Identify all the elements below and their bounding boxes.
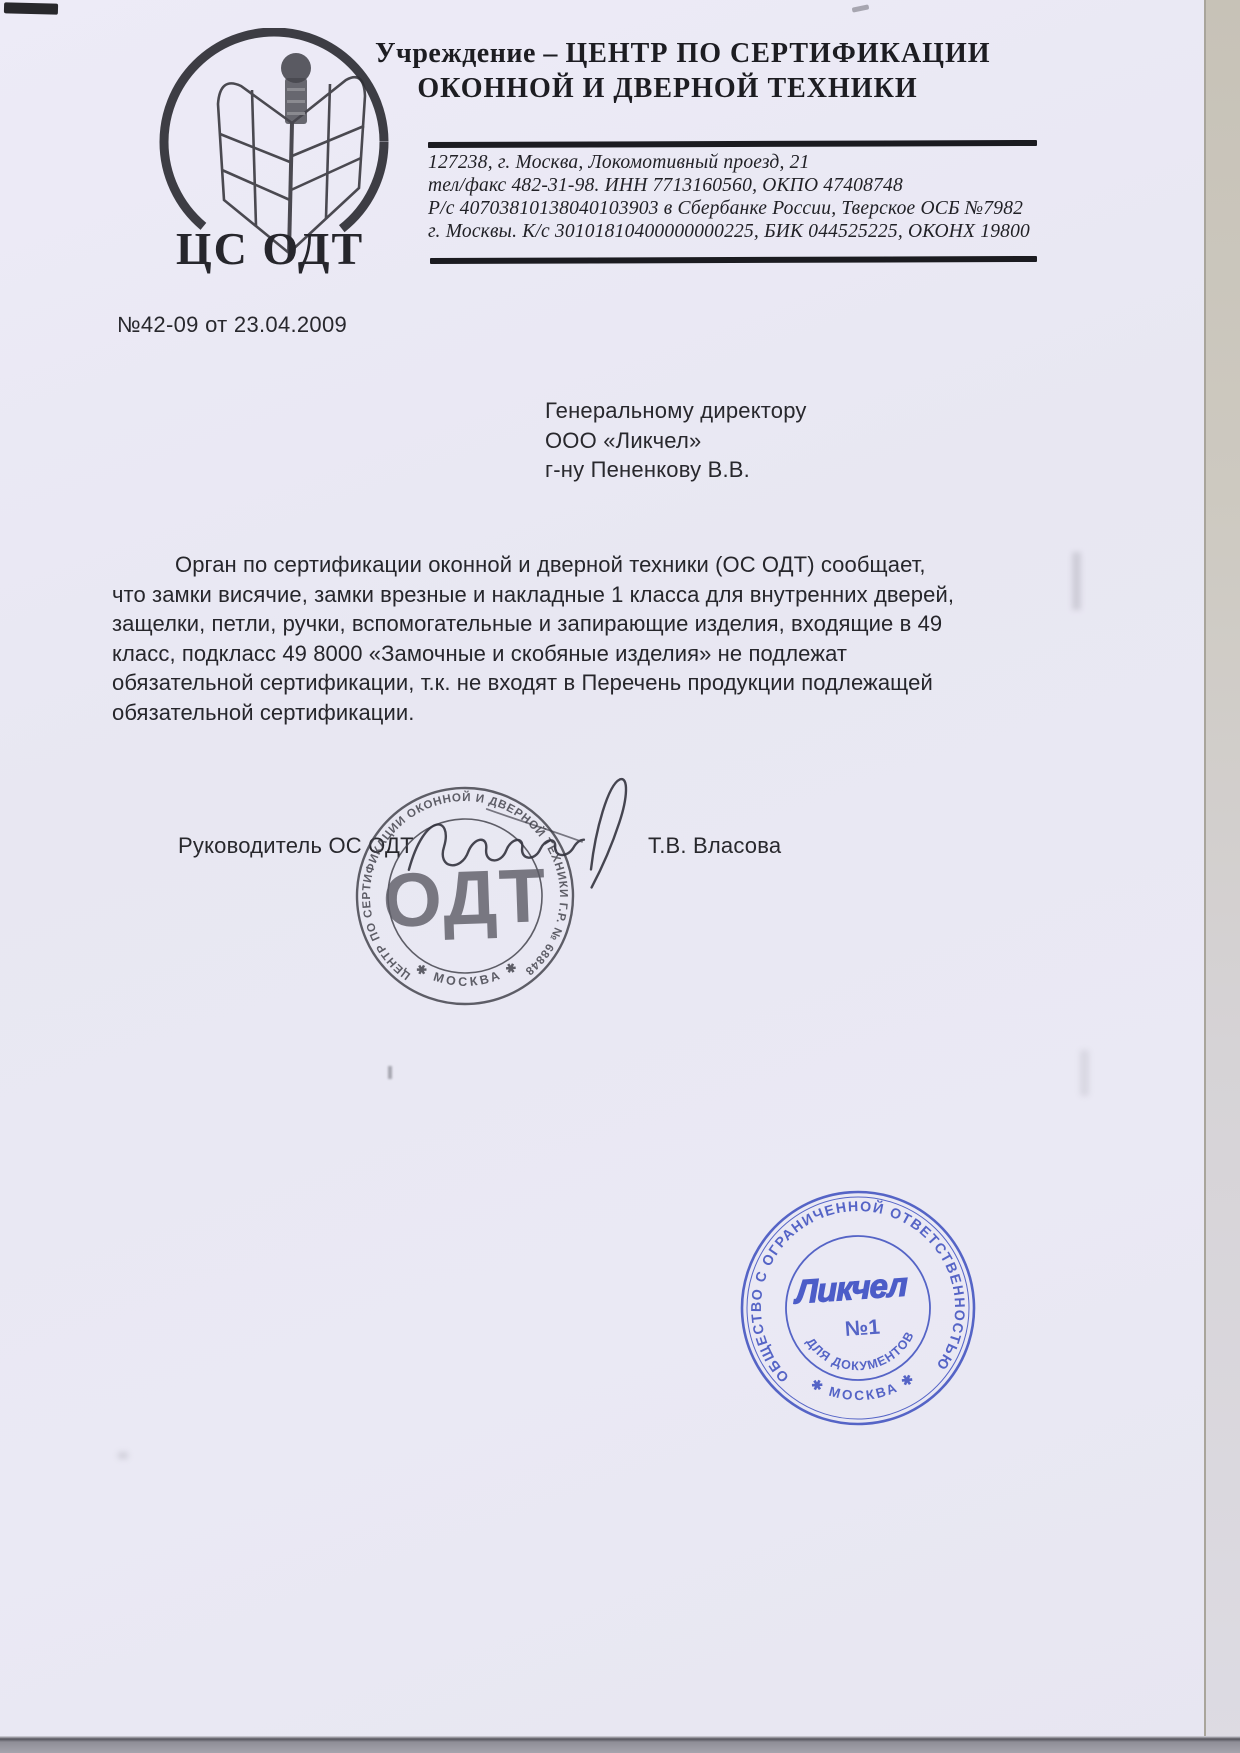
- address-line: Р/с 40703810138040103903 в Сбербанке Рос…: [428, 197, 1048, 220]
- title-line-1: Учреждение – ЦЕНТР ПО СЕРТИФИКАЦИИ: [375, 38, 960, 70]
- recipient-position: Генеральному директору: [545, 396, 807, 426]
- letterhead-address: 127238, г. Москва, Локомотивный проезд, …: [428, 151, 1048, 243]
- company-seal: ОБЩЕСТВО С ОГРАНИЧЕННОЙ ОТВЕТСТВЕННОСТЬЮ…: [725, 1175, 992, 1442]
- address-line: 127238, г. Москва, Локомотивный проезд, …: [428, 151, 1048, 174]
- title-line-2: ОКОННОЙ И ДВЕРНОЙ ТЕХНИКИ: [375, 73, 960, 105]
- org-type: Учреждение –: [375, 38, 558, 69]
- key-icon: [281, 53, 311, 124]
- letter-body: Орган по сертификации оконной и дверной …: [112, 550, 957, 728]
- svg-text:✱ МОСКВА ✱: ✱ МОСКВА ✱: [808, 1369, 920, 1407]
- scanned-letter: ЦС ОДТ Учреждение – ЦЕНТР ПО СЕРТИФИКАЦИ…: [0, 0, 1240, 1753]
- scan-edge-bottom: [0, 1736, 1240, 1753]
- recipient-person: г-ну Пененкову В.В.: [545, 455, 807, 485]
- scan-artifact-corner: [4, 2, 58, 14]
- letterhead-title: Учреждение – ЦЕНТР ПО СЕРТИФИКАЦИИ ОКОНН…: [375, 38, 960, 105]
- seal-bottom-text: ✱ МОСКВА ✱: [808, 1369, 920, 1407]
- seal-number-text: №1: [844, 1316, 881, 1341]
- cs-odt-logo: ЦС ОДТ: [146, 28, 398, 286]
- reference-number: №42-09 от 23.04.2009: [117, 312, 347, 338]
- divider-bottom: [430, 256, 1037, 264]
- scan-artifact-top: [852, 4, 870, 12]
- recipient-block: Генеральному директору ООО «Ликчел» г-ну…: [545, 396, 807, 485]
- scan-edge-right: [1204, 0, 1240, 1753]
- logo-circle: [164, 32, 384, 252]
- stamp-bottom-text: ✱ МОСКВА ✱: [413, 958, 523, 991]
- svg-text:✱ МОСКВА ✱: ✱ МОСКВА ✱: [413, 958, 523, 991]
- seal-logo-text: Ликчел: [793, 1266, 907, 1311]
- scan-smudge: [1080, 1050, 1089, 1096]
- scan-smudge: [388, 1066, 392, 1079]
- divider-top: [428, 140, 1037, 148]
- logo-text: ЦС ОДТ: [176, 223, 364, 274]
- scan-smudge: [1072, 552, 1081, 610]
- signature: [365, 763, 670, 923]
- address-line: тел/факс 482-31-98. ИНН 7713160560, ОКПО…: [428, 174, 1048, 197]
- scan-smudge: [118, 1452, 128, 1459]
- recipient-company: ООО «Ликчел»: [545, 426, 807, 456]
- org-name-part1: ЦЕНТР ПО СЕРТИФИКАЦИИ: [565, 38, 990, 69]
- address-line: г. Москвы. К/с 30101810400000000225, БИК…: [428, 220, 1048, 243]
